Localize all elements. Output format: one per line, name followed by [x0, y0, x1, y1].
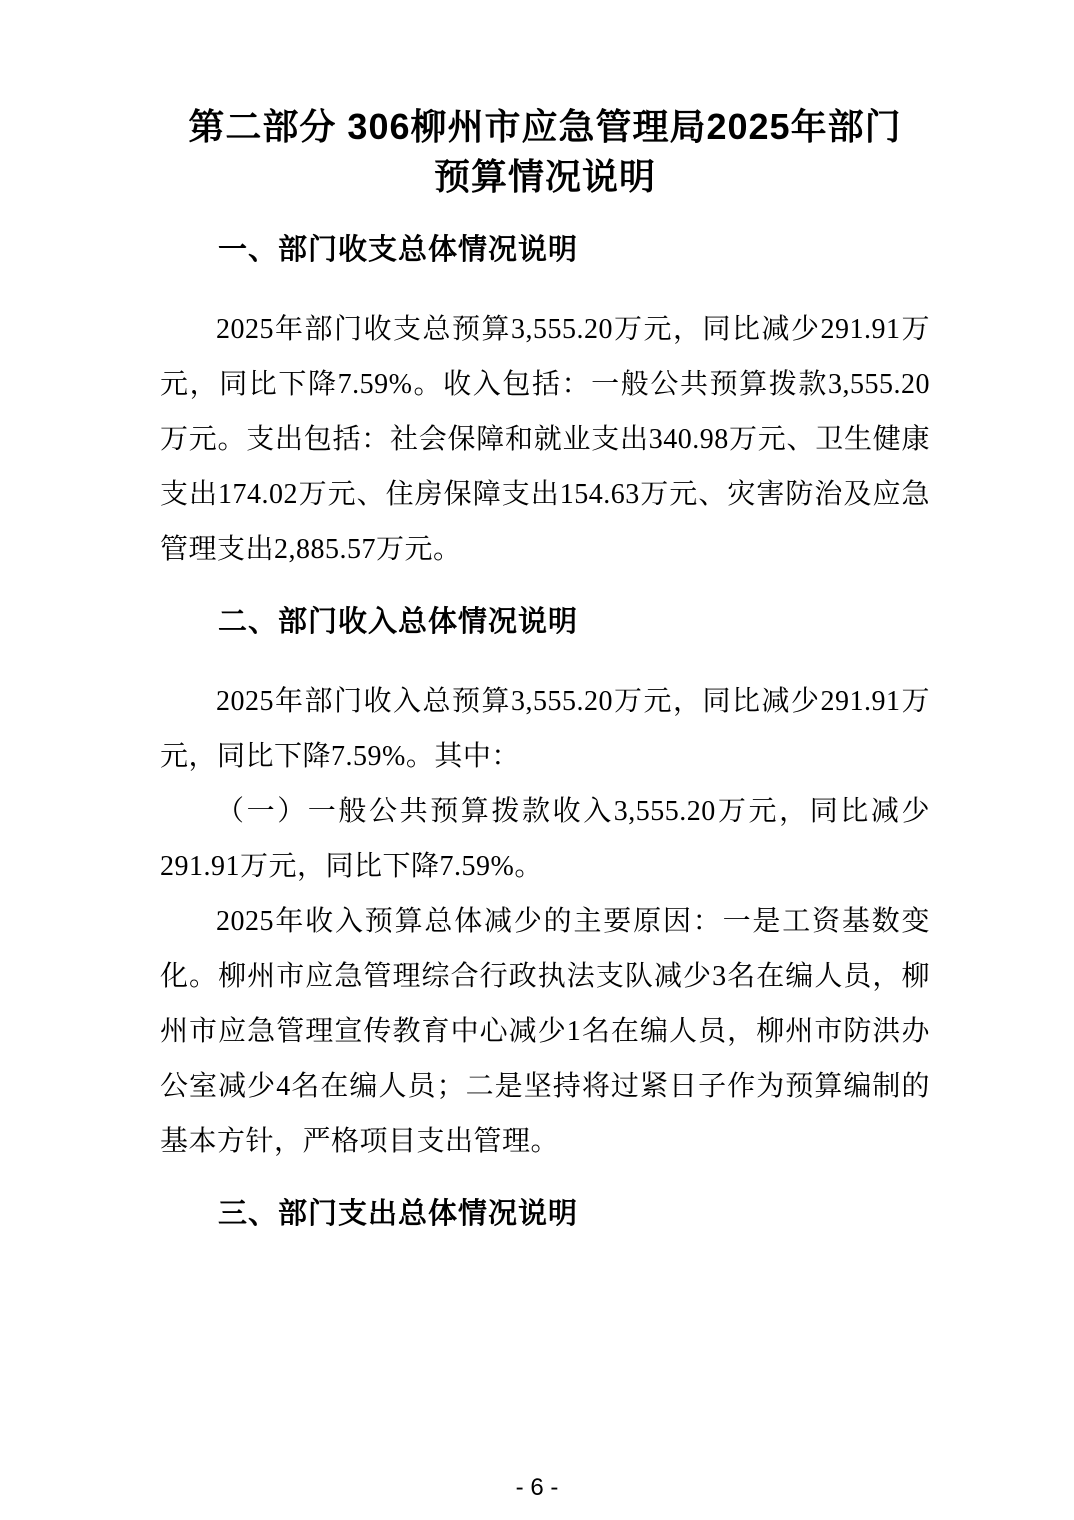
paragraph: 2025年收入预算总体减少的主要原因：一是工资基数变化。柳州市应急管理综合行政执… — [160, 894, 930, 1169]
paragraph: （一）一般公共预算拨款收入3,555.20万元，同比减少291.91万元，同比下… — [160, 784, 930, 894]
paragraph: 2025年部门收入总预算3,555.20万元，同比减少291.91万元，同比下降… — [160, 674, 930, 784]
page-title: 第二部分 306柳州市应急管理局2025年部门 预算情况说明 — [160, 102, 930, 202]
section-heading-expense-overview: 三、部门支出总体情况说明 — [160, 1196, 930, 1232]
page-number: - 6 - — [0, 1474, 1074, 1502]
paragraph: 2025年部门收支总预算3,555.20万元，同比减少291.91万元，同比下降… — [160, 302, 930, 577]
document-page: 第二部分 306柳州市应急管理局2025年部门 预算情况说明 一、部门收支总体情… — [0, 0, 1074, 1520]
section-heading-income-overview: 二、部门收入总体情况说明 — [160, 604, 930, 640]
section-heading-income-expense-overview: 一、部门收支总体情况说明 — [160, 232, 930, 268]
